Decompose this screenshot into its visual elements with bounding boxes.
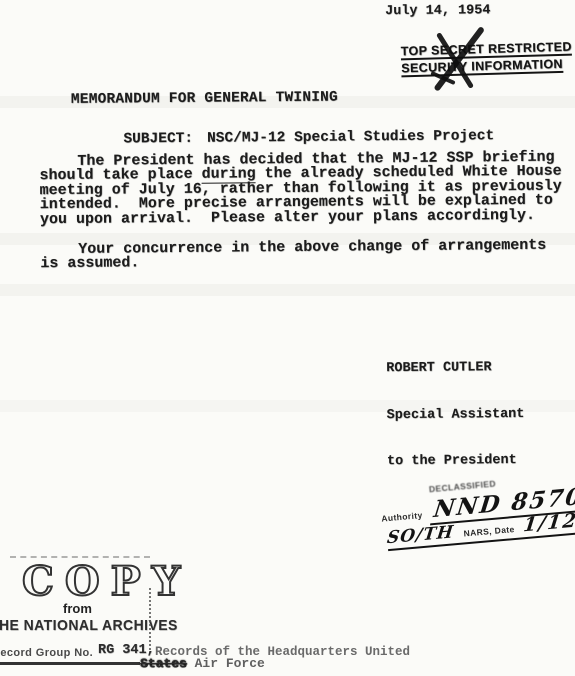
copy-word: COPY xyxy=(22,558,191,605)
scan-streak xyxy=(0,284,575,296)
signature-block: ROBERT CUTLER Special Assistant to the P… xyxy=(386,329,525,501)
body-line: you upon arrival. Please alter your plan… xyxy=(40,208,575,227)
national-archives-line: THE NATIONAL ARCHIVES xyxy=(0,617,178,634)
bottom-rule xyxy=(0,662,140,665)
from-word: from xyxy=(63,601,92,616)
classification-stamp: TOP SECRET RESTRICTED SECURITY INFORMATI… xyxy=(401,40,573,79)
records-line-2: States Air Force xyxy=(140,656,265,671)
date-line: July 14, 1954 xyxy=(385,3,490,19)
signature-name: ROBERT CUTLER xyxy=(386,360,524,377)
authority-label: Authority xyxy=(381,510,423,524)
subject-text: NSC/MJ-12 Special Studies Project xyxy=(207,128,494,147)
signature-title-line-1: Special Assistant xyxy=(387,406,525,423)
signature-title-line-2: to the President xyxy=(387,453,525,470)
records-line-2-rest: Air Force xyxy=(187,656,265,671)
memo-heading: MEMORANDUM FOR GENERAL TWINING xyxy=(71,90,338,108)
scanned-memo-page: July 14, 1954 MEMORANDUM FOR GENERAL TWI… xyxy=(0,0,575,676)
typed-content: July 14, 1954 MEMORANDUM FOR GENERAL TWI… xyxy=(0,0,575,3)
body-paragraph-1: The President has decided that the MJ-12… xyxy=(39,151,575,228)
by-initials-handwritten: SO/TH xyxy=(386,522,455,548)
stamp-divider-dotted xyxy=(149,588,151,650)
body-paragraph-2: Your concurrence in the above change of … xyxy=(40,238,575,271)
records-line-2-smudged: States xyxy=(140,656,187,671)
classification-line-2: SECURITY INFORMATION xyxy=(401,57,563,78)
record-group-label: Record Group No. xyxy=(0,647,93,659)
subject-label: SUBJECT: xyxy=(123,131,193,148)
nars-date-label: NARS, Date xyxy=(463,524,515,538)
body-line: is assumed. xyxy=(40,253,575,272)
